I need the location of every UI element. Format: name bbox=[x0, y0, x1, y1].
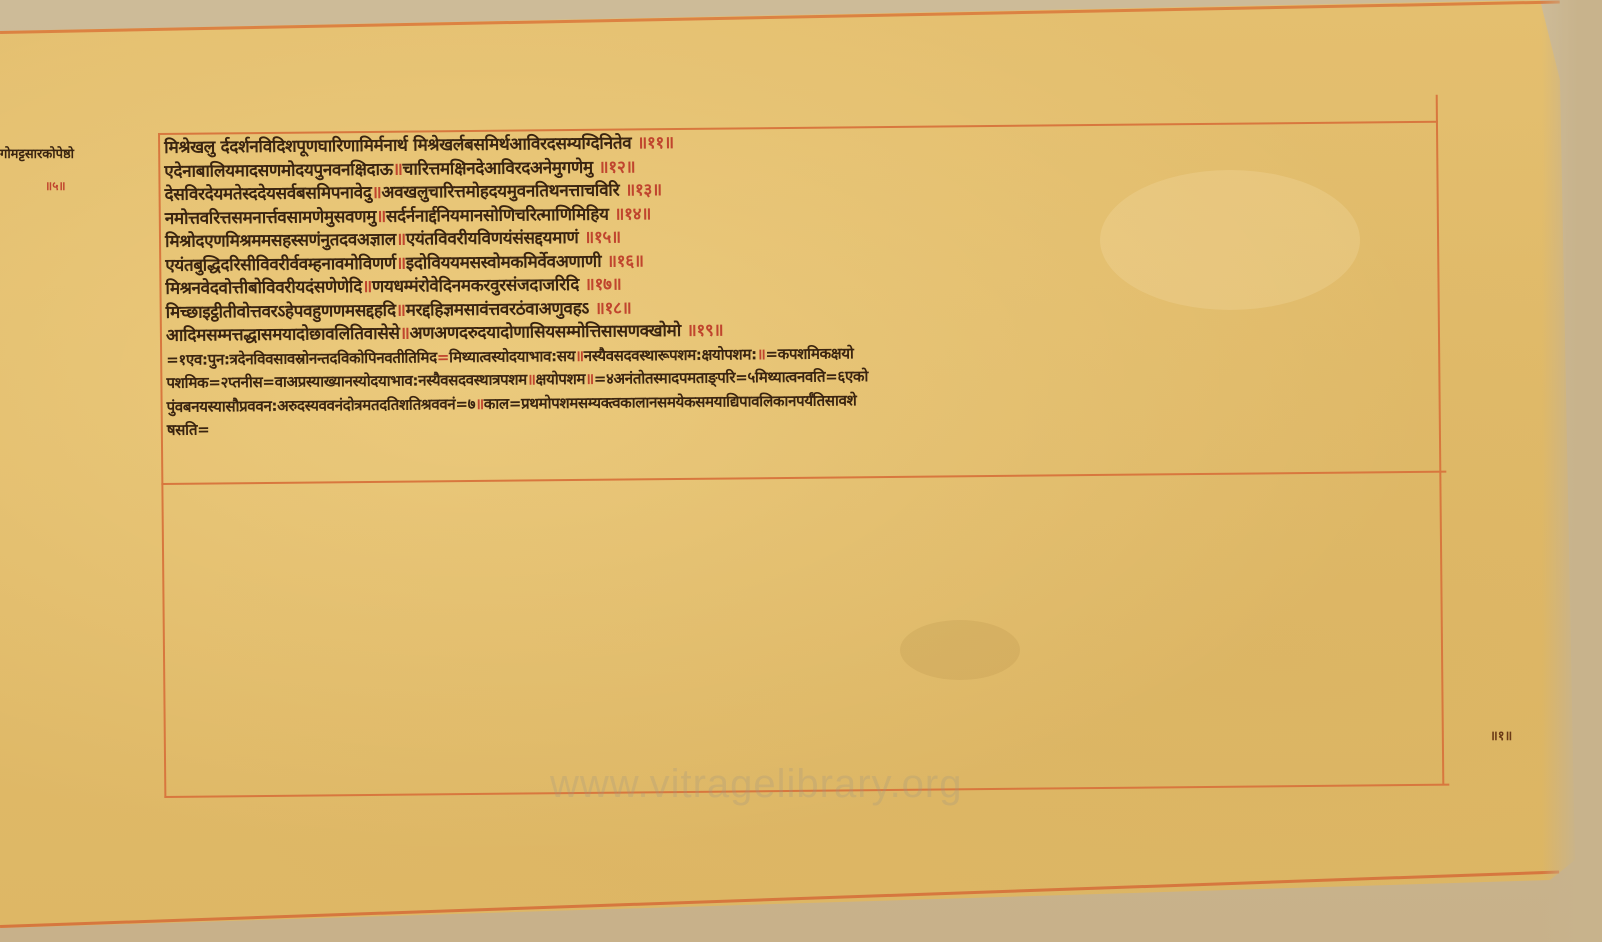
red-mark: ॥ bbox=[393, 159, 403, 179]
verse-number: ॥११॥ bbox=[637, 133, 674, 153]
line-text: अवखलुचारित्तमोहदयमुवनतिथनत्ताचविरि bbox=[381, 181, 619, 203]
red-mark: ॥ bbox=[376, 206, 386, 226]
verse-number: ॥१९॥ bbox=[686, 321, 723, 341]
line-text: मिथ्यात्वस्योदयाभाव:सय bbox=[449, 347, 575, 366]
red-mark: ॥ bbox=[396, 300, 406, 320]
line-text: सर्दर्ननार्द्दनियमानसोणिचरित्माणिमिहिय bbox=[386, 204, 609, 226]
frame-rule-middle bbox=[161, 471, 1446, 485]
line-text: आदिमसम्मत्तद्धासमयादोछावलितिवासेसे bbox=[166, 324, 400, 346]
verse-number: ॥१४॥ bbox=[614, 204, 651, 224]
manuscript-text: मिश्रेखलु र्ददर्शनविदिशपूणघारिणामिर्मनार… bbox=[164, 125, 1437, 443]
line-text: एयंतविवरीयविणयंसंसद्दयमाणं bbox=[406, 228, 579, 250]
line-text: मरद्दहिज्ञमसावंत्तवरठंवाअणुवहऽ bbox=[406, 298, 590, 320]
verse-number: ॥१७॥ bbox=[585, 275, 622, 295]
red-mark: ॥ bbox=[371, 183, 381, 203]
red-mark: ॥ bbox=[396, 230, 406, 250]
line-text: मिच्छाइट्ठीतीवोत्तवरऽहेपवहुणणमसद्दहदि bbox=[166, 300, 396, 322]
line-text: इदोविययमसस्वोमकमिर्वेवअणाणी bbox=[406, 251, 602, 273]
verse-number: ॥१६॥ bbox=[607, 251, 644, 271]
red-mark: ॥ bbox=[400, 324, 410, 344]
watermark: www.vitragelibrary.org bbox=[550, 762, 963, 807]
line-text: पशमिक=२प्तनीस=वाअप्रस्याख्यानस्योदयाभाव:… bbox=[166, 370, 527, 391]
line-text: मिश्रोदएणमिश्रममसहस्सणंनुतदवअज्ञाल bbox=[165, 230, 396, 252]
margin-title: गोमट्टसारकोपेष्ठो bbox=[0, 144, 74, 162]
line-text: पुंवबनयस्यासौप्रववन:अरुदस्यववनंदोत्रमतदत… bbox=[167, 394, 476, 415]
background-surface bbox=[1542, 0, 1602, 942]
folio-mark: ॥५॥ bbox=[45, 177, 66, 194]
line-text: =१एव:पुन:त्रदेनविवसावस्रोनन्तदविकोपिनवती… bbox=[166, 348, 437, 369]
verse-number: ॥१२॥ bbox=[598, 157, 635, 177]
verse-number: ॥१८॥ bbox=[595, 298, 632, 318]
line-text: काल=प्रथमोपशमसम्यक्त्वकालानसमयेकसमयाद्यि… bbox=[484, 391, 857, 413]
line-text: अणअणदरुदयादोणासियसम्मोत्तिसासणक्खोमो bbox=[409, 321, 681, 344]
line-text: षसति= bbox=[167, 421, 210, 439]
line-text: =कपशमिकक्षयो bbox=[765, 344, 853, 363]
line-text: एयंतबुद्धिदरिसीविवरीर्ववम्हनावमोविणर्ण bbox=[165, 253, 396, 275]
line-text: =४अनंतोतस्मादपमताङ्परि=५मिथ्यात्वनवति=६ए… bbox=[594, 367, 868, 388]
verse-number: ॥१५॥ bbox=[584, 228, 621, 248]
line-text: क्षयोपशम bbox=[536, 370, 586, 388]
line-text: चारित्तमक्षिनदेआविरदअनेमुगणेमु bbox=[403, 157, 593, 179]
red-mark: ॥ bbox=[396, 253, 406, 273]
line-text: नस्यैवसदवस्थारूपशम:क्षयोपशम: bbox=[584, 345, 757, 365]
line-text: मिश्रेखलु र्ददर्शनविदिशपूणघारिणामिर्मनार… bbox=[164, 133, 631, 157]
line-text: देसविरदेयमतेस्ददेयसर्वबसमिपनावेदु bbox=[164, 183, 371, 205]
line-text: मिश्रनवेदवोत्तीबोविवरीयदंसणेणेदि bbox=[165, 277, 362, 299]
line-text: नमोत्तवरित्तसमनार्त्तवसामणेमुसवणमु bbox=[165, 206, 376, 228]
red-mark: = bbox=[437, 348, 449, 366]
frame-rule-right bbox=[1436, 95, 1445, 785]
verse-number: ॥१३॥ bbox=[625, 180, 662, 200]
line-text: एदेनाबालियमादसणमोदयपुनवनक्षिदाऊ bbox=[164, 159, 393, 181]
ruled-text-frame: मिश्रेखलु र्ददर्शनविदिशपूणघारिणामिर्मनार… bbox=[158, 121, 1449, 798]
line-text: णयधम्मंरोवेदिनमकरवुरसंजदाजरिदि bbox=[372, 275, 579, 297]
page-number: ॥१॥ bbox=[1490, 726, 1512, 744]
red-mark: ॥ bbox=[575, 346, 584, 364]
manuscript-photo: गोमट्टसारकोपेष्ठो ॥५॥ मिश्रेखलु र्ददर्शन… bbox=[0, 0, 1602, 942]
